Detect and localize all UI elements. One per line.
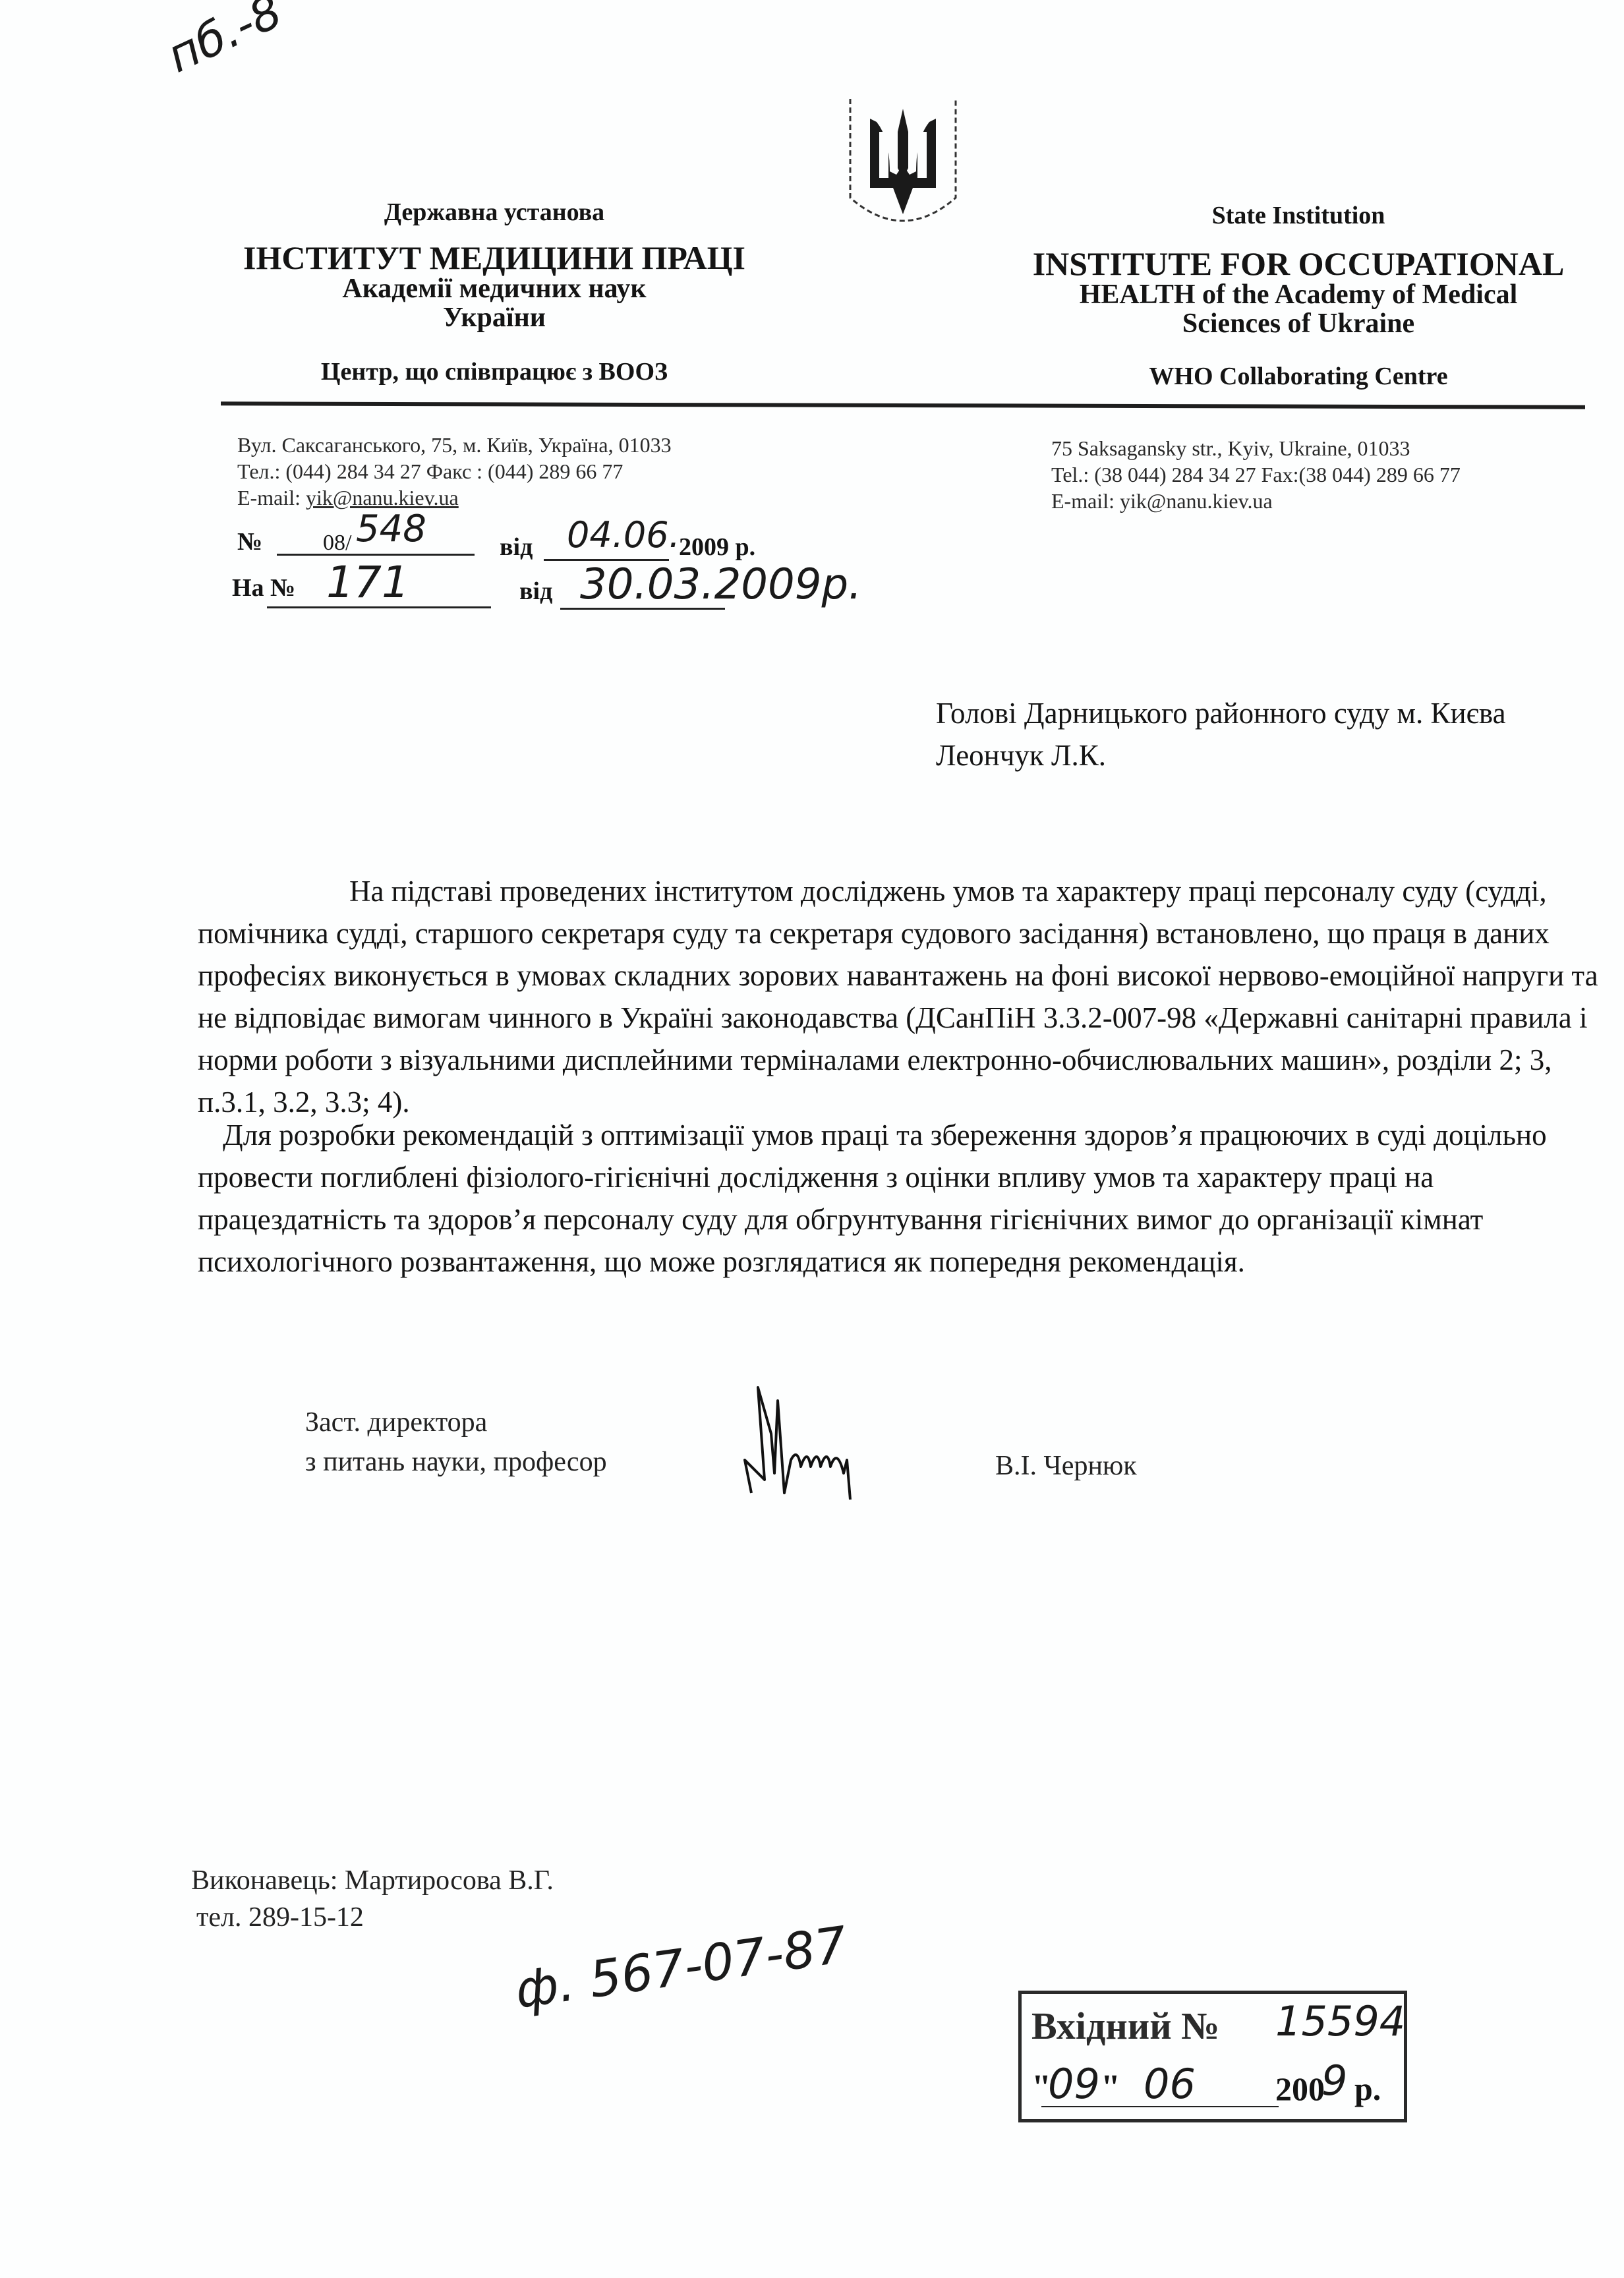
stamp-number: 15594 <box>1275 1997 1405 2045</box>
address-ua: Вул. Саксаганського, 75, м. Київ, Україн… <box>237 432 672 511</box>
stamp-date-underline <box>1041 2106 1279 2107</box>
reply-date-label: від <box>519 577 552 606</box>
address-en-email: E-mail: yik@nanu.kiev.ua <box>1051 488 1461 514</box>
stamp-day: 09 <box>1048 2060 1100 2108</box>
header-ua: Державна установа ІНСТИТУТ МЕДИЦИНИ ПРАЦ… <box>198 198 791 386</box>
address-ua-email-link[interactable]: yik@nanu.kiev.ua <box>306 486 459 510</box>
header-en-institution-type: State Institution <box>1015 201 1582 230</box>
addressee: Голові Дарницького районного суду м. Киє… <box>936 692 1506 776</box>
header-ua-country: України <box>198 303 791 332</box>
header-ua-academy: Академії медичних наук <box>198 274 791 303</box>
signatory-title: Заст. директора з питань науки, професор <box>305 1403 607 1482</box>
address-en: 75 Saksagansky str., Kyiv, Ukraine, 0103… <box>1051 435 1461 514</box>
header-en-academy: HEALTH of the Academy of Medical <box>1015 280 1582 309</box>
header-ua-institution-type: Державна установа <box>198 198 791 227</box>
outgoing-date-value: 04.06. <box>567 514 680 556</box>
address-ua-street: Вул. Саксаганського, 75, м. Київ, Україн… <box>237 432 672 458</box>
body-paragraph-1: На підставі проведених інститутом дослід… <box>198 870 1602 1123</box>
stamp-month: 06 <box>1144 2060 1196 2108</box>
address-en-phones: Tel.: (38 044) 284 34 27 Fax:(38 044) 28… <box>1051 461 1461 488</box>
outgoing-no-underline <box>277 554 475 556</box>
header-en-who: WHO Collaborating Centre <box>1015 362 1582 391</box>
address-ua-email-label: E-mail: <box>237 486 306 510</box>
outgoing-no-value: 548 <box>356 508 426 550</box>
outgoing-date-label: від <box>500 533 533 562</box>
handwritten-phone: ф. 567-07-87 <box>511 1915 850 2020</box>
executor-phone: тел. 289-15-12 <box>191 1899 554 1936</box>
executor: Виконавець: Мартиросова В.Г. тел. 289-15… <box>191 1862 554 1936</box>
address-en-street: 75 Saksagansky str., Kyiv, Ukraine, 0103… <box>1051 435 1461 461</box>
signatory-name: В.І. Чернюк <box>995 1450 1137 1482</box>
addressee-court: Голові Дарницького районного суду м. Киє… <box>936 692 1506 734</box>
reply-no-label: На № <box>232 573 295 602</box>
stamp-label: Вхідний № <box>1031 2004 1219 2048</box>
body-paragraph-2: Для розробки рекомендацій з оптимізації … <box>198 1114 1602 1283</box>
reply-no-underline <box>267 606 491 608</box>
trident-coat-of-arms-icon <box>837 92 969 237</box>
stamp-year-prefix: 200 <box>1275 2070 1325 2108</box>
outgoing-year: 2009 р. <box>679 533 755 562</box>
addressee-name: Леончук Л.К. <box>936 734 1506 776</box>
reply-no-value: 171 <box>326 557 409 608</box>
outgoing-no-prefix: 08/ <box>323 531 351 556</box>
header-divider <box>221 401 1585 409</box>
signatory-title-line1: Заст. директора <box>305 1403 607 1442</box>
reply-date-value: 30.03.2009р. <box>580 560 861 609</box>
address-ua-phones: Тел.: (044) 284 34 27 Факс : (044) 289 6… <box>237 458 672 484</box>
corner-handwritten-note: пб.-8 <box>159 0 290 83</box>
header-en-country: Sciences of Ukraine <box>1015 309 1582 338</box>
stamp-day-close-quote: " <box>1101 2066 1120 2107</box>
incoming-stamp: Вхідний № 15594 " 09 " 06 200 9 р. <box>1018 1991 1407 2122</box>
header-en-institute-name: INSTITUTE FOR OCCUPATIONAL <box>1015 247 1582 280</box>
stamp-year-suffix: р. <box>1354 2070 1381 2108</box>
signatory-title-line2: з питань науки, професор <box>305 1442 607 1482</box>
header-ua-institute-name: ІНСТИТУТ МЕДИЦИНИ ПРАЦІ <box>198 241 791 274</box>
stamp-year-digit: 9 <box>1321 2057 1347 2105</box>
reply-date-underline <box>560 608 725 610</box>
header-ua-who: Центр, що співпрацює з ВООЗ <box>198 357 791 386</box>
executor-name: Виконавець: Мартиросова В.Г. <box>191 1862 554 1899</box>
outgoing-no-label: № <box>237 527 262 556</box>
header-en: State Institution INSTITUTE FOR OCCUPATI… <box>1015 201 1582 391</box>
handwritten-signature <box>738 1381 923 1513</box>
